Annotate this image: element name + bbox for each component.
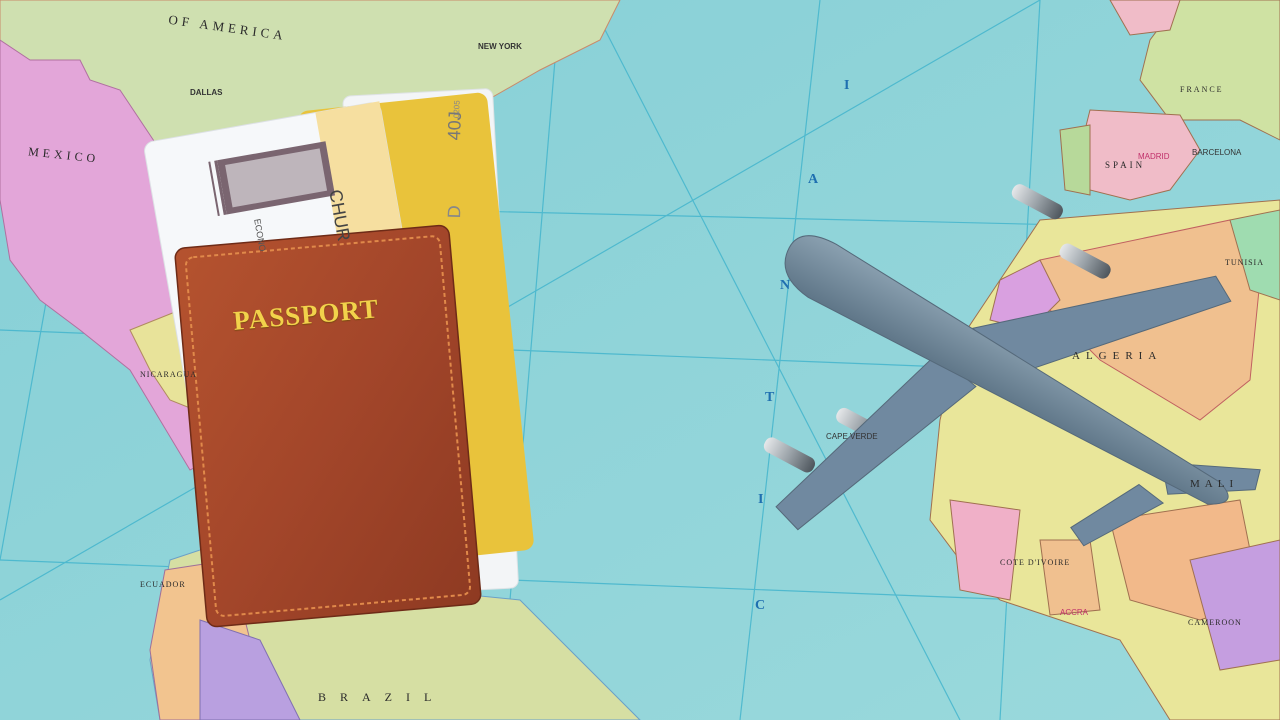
ocean-letter-6: C [755,598,765,614]
map-label-nicaragua: NICARAGUA [140,370,197,379]
map-label-ecuador: ECUADOR [140,580,186,589]
map-label-cote-divoire: COTE D'IVOIRE [1000,558,1070,567]
map-label-cameroon: CAMEROON [1188,618,1242,627]
map-label-tunisia: TUNISIA [1225,258,1264,267]
city-label-barcelona: BARCELONA [1192,148,1241,157]
land-ghana [1040,540,1100,615]
boarding-pass-code: 0205 [452,100,462,118]
city-label-accra: ACCRA [1060,608,1088,617]
ocean-letter-1: I [844,78,849,94]
map-label-france: FRANCE [1180,85,1224,94]
land-guinea [950,500,1020,600]
map-label-niger: MALI [1190,478,1238,490]
map-label-spain: SPAIN [1105,160,1145,170]
travel-photo-scene: OF AMERICA MEXICO FRANCE SPAIN ALGERIA T… [0,0,1280,720]
boarding-pass-gate: D [444,205,465,219]
city-label-new-york: NEW YORK [478,42,522,51]
city-label-dallas: DALLAS [190,88,222,97]
map-label-algeria: ALGERIA [1072,350,1162,362]
ocean-letter-3: N [780,278,790,294]
ocean-letter-2: A [808,172,818,188]
passport-cover [174,225,481,628]
ocean-letter-5: I [758,492,763,508]
city-label-madrid: MADRID [1138,152,1170,161]
ocean-letter-4: T [765,390,774,406]
map-label-brazil: BRAZIL [318,690,445,705]
city-label-cape-verde: CAPE VERDE [826,432,878,441]
land-portugal [1060,125,1090,195]
